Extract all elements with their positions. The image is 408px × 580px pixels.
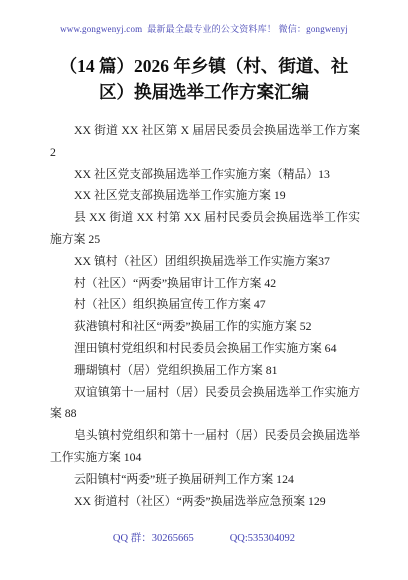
toc-entry: XX 社区党支部换届选举工作实施方案（精品）13	[50, 164, 360, 186]
toc-entry: XX 镇村（社区）团组织换届选举工作实施方案37	[50, 251, 360, 273]
title-line-1: （14 篇）2026 年乡镇（村、街道、社	[30, 54, 378, 80]
toc-entry: 皂头镇村党组织和第十一届村（居）民委员会换届选举工作实施方案 104	[50, 425, 360, 469]
toc-entry: 村（社区）组织换届宣传工作方案 47	[50, 294, 360, 316]
toc-list: XX 街道 XX 社区第 X 届居民委员会换届选举工作方案 2 XX 社区党支部…	[50, 120, 360, 512]
toc-entry: 县 XX 街道 XX 村第 XX 届村民委员会换届选举工作实施方案 25	[50, 207, 360, 251]
toc-entry: XX 社区党支部换届选举工作实施方案 19	[50, 185, 360, 207]
toc-entry: XX 街道 XX 社区第 X 届居民委员会换届选举工作方案 2	[50, 120, 360, 164]
qq-number: QQ:535304092	[230, 533, 295, 544]
toc-entry: 村（社区）“两委”换届审计工作方案 42	[50, 273, 360, 295]
qq-group-number: QQ 群：30265665	[113, 533, 194, 544]
toc-entry: 荻港镇村和社区“两委”换届工作的实施方案 52	[50, 316, 360, 338]
document-title: （14 篇）2026 年乡镇（村、街道、社 区）换届选举工作方案汇编	[30, 54, 378, 105]
watermark-footer: QQ 群：30265665QQ:535304092	[0, 530, 408, 545]
toc-entry: XX 街道村（社区）“两委”换届选举应急预案 129	[50, 491, 360, 513]
document-page: www.gongwenyj.com 最新最全最专业的公文资料库！ 微信：gong…	[0, 0, 408, 580]
toc-entry: 浬田镇村党组织和村民委员会换届工作实施方案 64	[50, 338, 360, 360]
toc-entry: 云阳镇村“两委”班子换届研判工作方案 124	[50, 469, 360, 491]
toc-entry: 珊瑚镇村（居）党组织换届工作方案 81	[50, 360, 360, 382]
toc-entry: 双谊镇第十一届村（居）民委员会换届选举工作实施方案 88	[50, 382, 360, 426]
watermark-header: www.gongwenyj.com 最新最全最专业的公文资料库！ 微信：gong…	[0, 22, 408, 35]
title-line-2: 区）换届选举工作方案汇编	[30, 80, 378, 106]
